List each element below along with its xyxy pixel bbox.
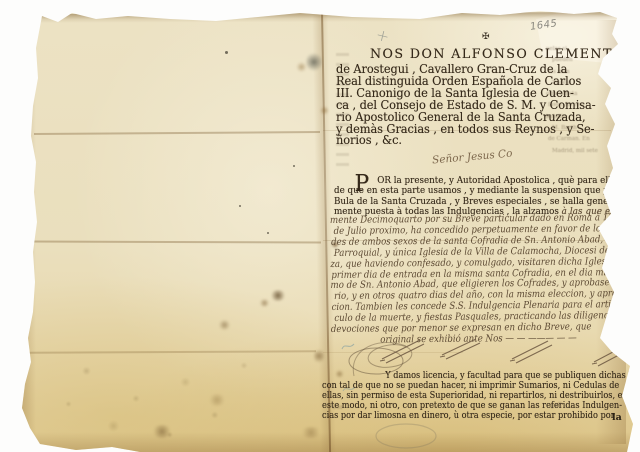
- faint-pencil-swirl: [372, 420, 442, 452]
- heading-line-1: NOS DON ALFONSO CLEMENTE: [370, 47, 625, 62]
- paper-stain: [300, 427, 322, 438]
- ink-stain: [306, 52, 322, 72]
- heading-line: ñorios , &c.: [336, 135, 621, 147]
- licence-line: ellas, sin permiso de esta Superioridad,…: [322, 391, 631, 401]
- paper-stain: [259, 299, 270, 307]
- handwritten-grant-text: mente Decimoquarto por su Breve particul…: [330, 213, 635, 347]
- licence-line: Y damos licencia, y facultad para que se…: [322, 371, 631, 381]
- handwritten-annotation: Señor Jesus Co: [432, 148, 513, 167]
- foxing-spots: [46, 338, 271, 448]
- fold-crease: [34, 131, 320, 134]
- ink-speck: [293, 165, 295, 167]
- licence-line: este modo, ni otro, con pretexto de que …: [322, 401, 631, 411]
- decree-paragraph: P OR la presente, y Autoridad Apostolica…: [334, 176, 616, 217]
- pen-flourish-strokes: [370, 333, 640, 373]
- maltese-cross-icon: ✠: [482, 32, 490, 42]
- parchment-paper: 1645 + ✠ uelas sipuedenlos manTudelaotra…: [0, 0, 640, 452]
- ink-speck: [225, 51, 228, 54]
- licence-line: con tal de que no se puedan hacer, ni im…: [322, 381, 631, 391]
- paper-stain: [270, 290, 286, 301]
- ink-speck: [267, 232, 269, 234]
- drop-cap: P: [355, 173, 370, 195]
- licence-paragraph: Y damos licencia, y facultad para que se…: [322, 371, 631, 421]
- small-teal-mark: [340, 340, 356, 352]
- paper-stain: [218, 320, 231, 330]
- paper-stain: [320, 106, 329, 115]
- pencil-cross-mark: +: [374, 25, 392, 47]
- paper-left-edge: [22, 16, 36, 446]
- licence-line: cias por dar limosna en dinero, ù otra e…: [322, 411, 631, 421]
- paper-stain: [314, 348, 324, 364]
- paper-stain: [296, 62, 307, 72]
- document-heading: NOS DON ALFONSO CLEMENTE de Arostegui , …: [336, 47, 636, 147]
- heading-lines: de Arostegui , Cavallero Gran-Cruz de la…: [336, 64, 621, 147]
- show-through-line: Madrid, mil sete: [552, 146, 616, 157]
- scanned-document: 1645 + ✠ uelas sipuedenlos manTudelaotra…: [0, 0, 640, 452]
- catchword: la: [612, 412, 622, 423]
- fold-crease: [31, 240, 321, 243]
- ink-speck: [239, 205, 241, 207]
